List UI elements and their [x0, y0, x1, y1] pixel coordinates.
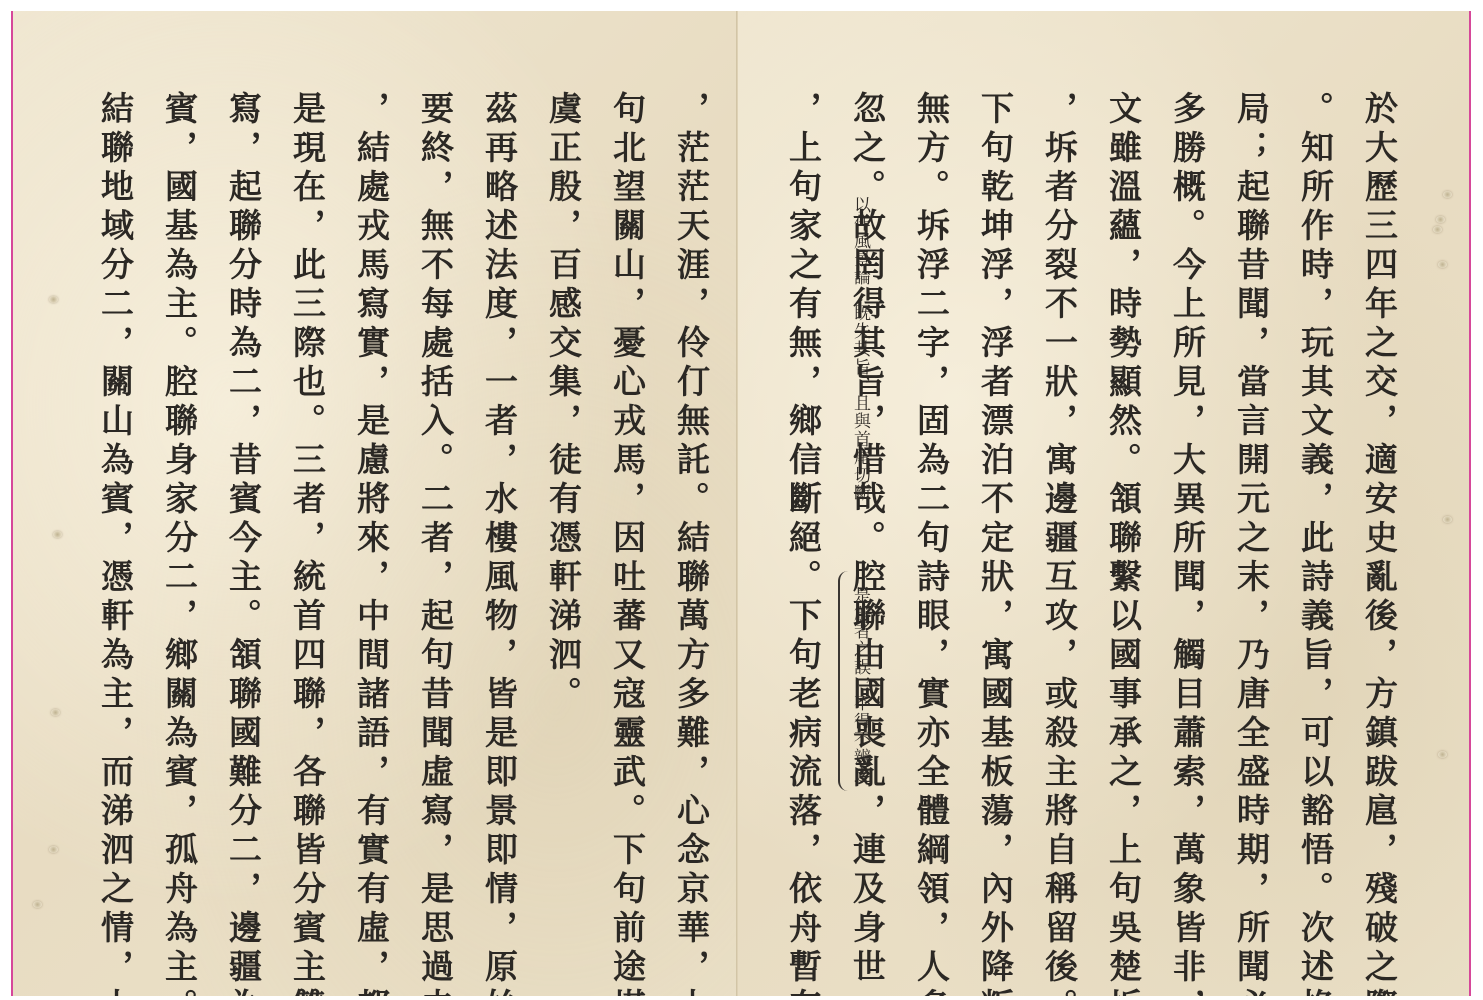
- punch-hole: [33, 901, 42, 908]
- marginal-annotation: 以作風景論，既失其旨，且與首尾切斷: [850, 196, 870, 502]
- text-column: 是現在，此三際也。三者，統首四聯，各聯皆分賓主雙: [282, 91, 332, 991]
- punch-hole: [49, 296, 58, 303]
- left-page: ，茫茫天涯，伶仃無託。結聯萬方多難，心念京華，上 句北望關山，憂心戎馬，因吐蕃又…: [11, 11, 736, 996]
- punch-hole: [53, 531, 62, 538]
- text-column: ，上句家之有無，鄉信斷絕。下句老病流落，依舟暫存: [778, 91, 828, 991]
- punch-hole: [1443, 516, 1452, 523]
- book-spread: ，茫茫天涯，伶仃無託。結聯萬方多難，心念京華，上 句北望關山，憂心戎馬，因吐蕃又…: [11, 11, 1471, 996]
- text-column: 結聯地域分二，關山為賓，憑軒為主，而涕泗之情，上: [90, 91, 140, 991]
- text-column: 無方。坼浮二字，固為二句詩眼，實亦全體綱領，人多: [906, 91, 956, 991]
- marginal-annotation: 是解者之誤，不得不辨之: [850, 586, 870, 784]
- right-page: 於大歷三四年之交，適安史亂後，方鎮跋扈，殘破之際 。知所作時，玩其文義，此詩義旨…: [738, 11, 1471, 996]
- punch-hole: [1438, 751, 1447, 758]
- text-column: 文雖溫蘊，時勢顯然。頷聯繫以國事承之，上句吳楚坼: [1098, 91, 1148, 991]
- text-column: 寫，起聯分時為二，昔賓今主。頷聯國難分二，邊疆為: [218, 91, 268, 991]
- text-column: 茲再略述法度，一者，水樓風物，皆是即景即情，原始: [474, 91, 524, 991]
- punch-hole: [51, 709, 60, 716]
- text-column: 句北望關山，憂心戎馬，因吐蕃又寇靈武。下句前途堪: [602, 91, 652, 991]
- text-column: 虞正殷，百感交集，徒有憑軒涕泗。: [538, 91, 588, 991]
- punch-hole: [1443, 191, 1452, 198]
- text-column: ，茫茫天涯，伶仃無託。結聯萬方多難，心念京華，上: [666, 91, 716, 991]
- text-column: 於大歷三四年之交，適安史亂後，方鎮跋扈，殘破之際: [1354, 91, 1404, 991]
- annotation-bracket: [838, 571, 848, 791]
- punch-hole: [49, 846, 58, 853]
- text-column: 局；起聯昔聞，當言開元之末，乃唐全盛時期，所聞必: [1226, 91, 1276, 991]
- text-column: 要終，無不每處括入。二者，起句昔聞虛寫，是思過去: [410, 91, 460, 991]
- text-column: ，坼者分裂不一狀，寓邊疆互攻，或殺主將自稱留後。: [1034, 91, 1084, 991]
- text-column: 下句乾坤浮，浮者漂泊不定狀，寓國基板蕩，內外降叛: [970, 91, 1020, 991]
- text-column: 多勝概。今上所見，大異所聞，觸目蕭索，萬象皆非，: [1162, 91, 1212, 991]
- punch-hole: [1436, 216, 1445, 223]
- text-column: ，結處戎馬寫實，是慮將來，中間諸語，有實有虛，都: [346, 91, 396, 991]
- punch-hole: [1438, 261, 1447, 268]
- punch-hole: [1433, 226, 1442, 233]
- text-column: 賓，國基為主。腔聯身家分二，鄉關為賓，孤舟為主。: [154, 91, 204, 991]
- text-column: 。知所作時，玩其文義，此詩義旨，可以豁悟。次述格: [1290, 91, 1340, 991]
- left-page-text: ，茫茫天涯，伶仃無託。結聯萬方多難，心念京華，上 句北望關山，憂心戎馬，因吐蕃又…: [153, 91, 716, 986]
